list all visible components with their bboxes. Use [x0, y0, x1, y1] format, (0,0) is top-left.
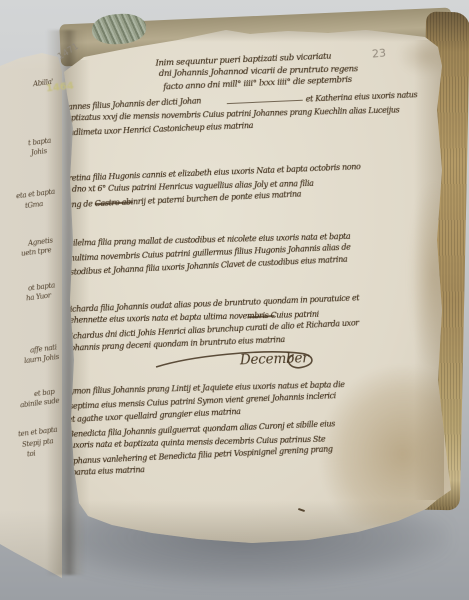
facing-page-fragment: toi [26, 450, 35, 459]
entry-line: Johannes filius Johannis der dicti Johan [56, 96, 202, 112]
entry-line: parata eius matrina [71, 465, 145, 477]
month-heading: December [240, 350, 309, 368]
entry-line: Anretina filia Hugonis cannis et elizabe… [58, 162, 361, 183]
manuscript-photo: Abilla' t bapta Johis eta et bapta tGma … [0, 0, 469, 600]
inline-rule [227, 100, 303, 104]
entry-line: et gudlimeta uxor Henrici Castonicheup e… [54, 121, 253, 138]
entry-line: et Katherina eius uxoris natus [306, 90, 418, 103]
